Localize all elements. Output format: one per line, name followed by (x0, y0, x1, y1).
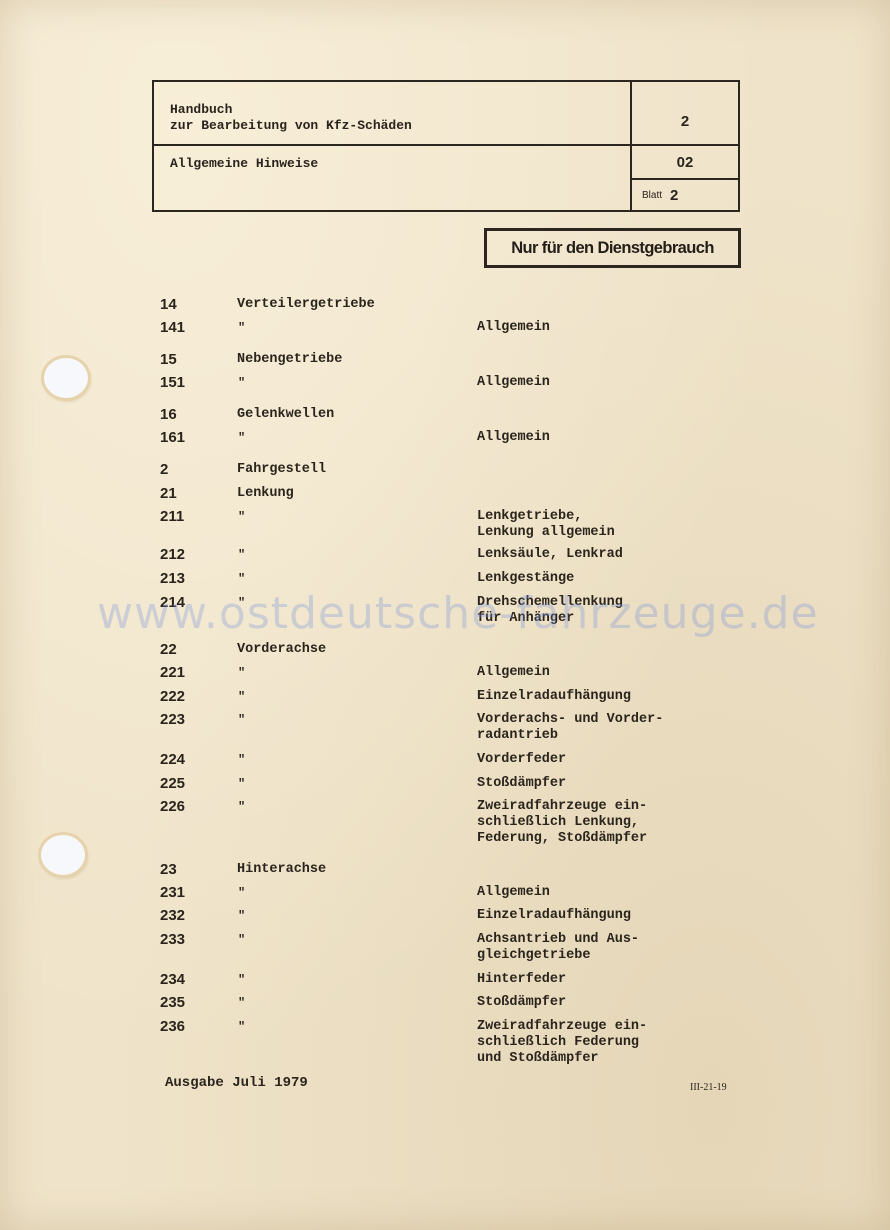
entry-code: 213 (160, 571, 185, 587)
entry-code: 22 (160, 642, 177, 658)
document-reference: III-21-19 (690, 1082, 727, 1093)
entry-description: Stoßdämpfer (477, 995, 566, 1011)
entry-code: 221 (160, 665, 185, 681)
entry-ditto-mark: " (238, 995, 245, 1011)
entry-ditto-mark: " (238, 885, 245, 901)
entry-description: Drehschemellenkung für Anhänger (477, 595, 623, 627)
entry-code: 151 (160, 375, 185, 391)
entry-ditto-mark: " (238, 571, 245, 587)
entry-description: Lenkgestänge (477, 571, 574, 587)
entry-ditto-mark: " (238, 665, 245, 681)
entry-code: 224 (160, 752, 185, 768)
entry-code: 212 (160, 547, 185, 563)
edition-date: Ausgabe Juli 1979 (165, 1075, 308, 1091)
entry-code: 141 (160, 320, 185, 336)
entry-list: 14Verteilergetriebe141"Allgemein15Nebeng… (0, 0, 890, 1230)
entry-description: Stoßdämpfer (477, 776, 566, 792)
entry-code: 226 (160, 799, 185, 815)
entry-code: 231 (160, 885, 185, 901)
entry-ditto-mark: " (238, 509, 245, 525)
entry-code: 232 (160, 908, 185, 924)
entry-code: 211 (160, 509, 184, 525)
entry-description: Zweiradfahrzeuge ein- schließlich Federu… (477, 1019, 647, 1067)
entry-ditto-mark: " (238, 776, 245, 792)
entry-description: Allgemein (477, 430, 550, 446)
entry-ditto-mark: " (238, 320, 245, 336)
entry-code: 225 (160, 776, 185, 792)
entry-description: Allgemein (477, 320, 550, 336)
entry-ditto-mark: " (238, 375, 245, 391)
entry-description: Allgemein (477, 665, 550, 681)
entry-code: 235 (160, 995, 185, 1011)
entry-description: Hinterfeder (477, 972, 566, 988)
entry-ditto-mark: " (238, 712, 245, 728)
entry-description: Achsantrieb und Aus- gleichgetriebe (477, 932, 639, 964)
entry-ditto-mark: " (238, 547, 245, 563)
entry-ditto-mark: " (238, 689, 245, 705)
entry-code: 214 (160, 595, 185, 611)
entry-code: 222 (160, 689, 185, 705)
entry-ditto-mark: " (238, 908, 245, 924)
entry-code: 23 (160, 862, 177, 878)
entry-title: Lenkung (237, 486, 294, 502)
entry-ditto-mark: " (238, 752, 245, 768)
entry-code: 236 (160, 1019, 185, 1035)
entry-description: Vorderachs- und Vorder- radantrieb (477, 712, 663, 744)
entry-code: 14 (160, 297, 177, 313)
entry-title: Gelenkwellen (237, 407, 334, 423)
entry-code: 21 (160, 486, 177, 502)
entry-code: 234 (160, 972, 185, 988)
entry-ditto-mark: " (238, 1019, 245, 1035)
entry-ditto-mark: " (238, 430, 245, 446)
entry-code: 15 (160, 352, 177, 368)
entry-ditto-mark: " (238, 932, 245, 948)
entry-ditto-mark: " (238, 972, 245, 988)
entry-ditto-mark: " (238, 595, 245, 611)
entry-description: Allgemein (477, 375, 550, 391)
entry-code: 223 (160, 712, 185, 728)
entry-description: Zweiradfahrzeuge ein- schließlich Lenkun… (477, 799, 647, 847)
entry-description: Vorderfeder (477, 752, 566, 768)
entry-title: Verteilergetriebe (237, 297, 375, 313)
entry-title: Hinterachse (237, 862, 326, 878)
entry-code: 161 (160, 430, 185, 446)
entry-title: Nebengetriebe (237, 352, 342, 368)
entry-description: Lenkgetriebe, Lenkung allgemein (477, 509, 615, 541)
entry-title: Fahrgestell (237, 462, 326, 478)
entry-description: Lenksäule, Lenkrad (477, 547, 623, 563)
entry-ditto-mark: " (238, 799, 245, 815)
entry-code: 233 (160, 932, 185, 948)
entry-code: 16 (160, 407, 177, 423)
entry-title: Vorderachse (237, 642, 326, 658)
entry-description: Einzelradaufhängung (477, 908, 631, 924)
entry-code: 2 (160, 462, 168, 478)
entry-description: Allgemein (477, 885, 550, 901)
entry-description: Einzelradaufhängung (477, 689, 631, 705)
